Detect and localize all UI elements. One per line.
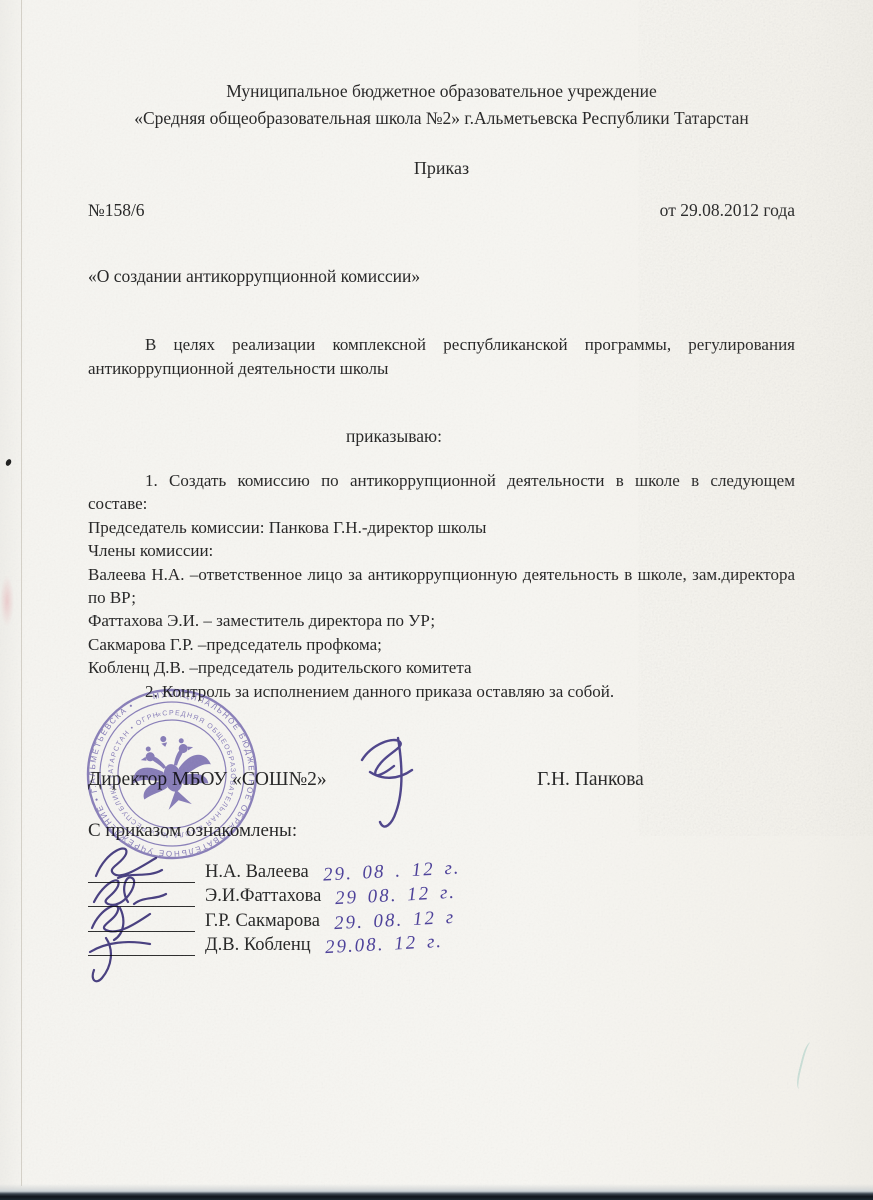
chair-line: Председатель комиссии: Панкова Г.Н.-дире… bbox=[88, 516, 795, 539]
director-signature-row: Директор МБОУ «СОШ№2» Г.Н. Панкова bbox=[88, 767, 795, 793]
document-content: Муниципальное бюджетное образовательное … bbox=[0, 0, 873, 956]
ack-row: Э.И.Фаттахова 29 08. 12 г. bbox=[88, 883, 795, 908]
ack-name: Н.А. Валеева bbox=[205, 861, 309, 883]
ack-name: Г.Р. Сакмарова bbox=[205, 910, 320, 932]
member-line: Валеева Н.А. –ответственное лицо за анти… bbox=[88, 563, 795, 610]
ack-name: Д.В. Кобленц bbox=[205, 934, 311, 956]
ack-row: Г.Р. Сакмарова 29. 08. 12 г bbox=[88, 907, 795, 932]
ack-name: Э.И.Фаттахова bbox=[205, 885, 321, 907]
member-line: Сакмарова Г.Р. –председатель профкома; bbox=[88, 633, 795, 656]
ack-row: Д.В. Кобленц 29.08. 12 г. bbox=[88, 932, 795, 957]
signature-line bbox=[88, 858, 195, 883]
acknowledgement-label: С приказом ознакомлены: bbox=[88, 819, 795, 843]
member-line: Кобленц Д.В. –председатель родительского… bbox=[88, 656, 795, 679]
members-label: Члены комиссии: bbox=[88, 539, 795, 562]
member-line: Фаттахова Э.И. – заместитель директора п… bbox=[88, 609, 795, 632]
resolve-word: приказываю: bbox=[88, 424, 795, 448]
order-body: 1. Создать комиссию по антикоррупционной… bbox=[88, 469, 795, 703]
item-2: 2. Контроль за исполнением данного прика… bbox=[88, 680, 795, 703]
scanned-order-document: Муниципальное бюджетное образовательное … bbox=[0, 0, 873, 1200]
org-name-line2: «Средняя общеобразовательная школа №2» г… bbox=[66, 105, 817, 132]
paper-edge-line bbox=[21, 0, 22, 1186]
director-name: Г.Н. Панкова bbox=[537, 767, 644, 793]
order-subject: «О создании антикоррупционной комиссии» bbox=[88, 264, 795, 288]
ack-date-handwritten: 29.08. 12 г. bbox=[324, 931, 443, 959]
doc-type-title: Приказ bbox=[88, 155, 795, 182]
org-name-line1: Муниципальное бюджетное образовательное … bbox=[66, 0, 817, 105]
number-date-row: №158/6 от 29.08.2012 года bbox=[88, 198, 795, 222]
pink-smudge-artifact bbox=[0, 575, 14, 627]
ack-row: Н.А. Валеева 29. 08 . 12 г. bbox=[88, 858, 795, 883]
teal-pen-artifact bbox=[794, 1041, 817, 1090]
scan-bottom-edge bbox=[0, 1184, 873, 1200]
signature-line bbox=[88, 932, 195, 957]
director-label: Директор МБОУ «СОШ№2» bbox=[88, 769, 327, 790]
preamble-paragraph: В целях реализации комплексной республик… bbox=[88, 333, 795, 380]
signature-line bbox=[88, 907, 195, 932]
acknowledgement-list: Н.А. Валеева 29. 08 . 12 г. Э.И.Фаттахов… bbox=[88, 858, 795, 956]
order-date: от 29.08.2012 года bbox=[660, 198, 795, 222]
item-1: 1. Создать комиссию по антикоррупционной… bbox=[88, 469, 795, 516]
ack-date-handwritten: 29 08. 12 г. bbox=[335, 882, 457, 910]
order-number: №158/6 bbox=[88, 198, 145, 222]
signature-line bbox=[88, 883, 195, 908]
